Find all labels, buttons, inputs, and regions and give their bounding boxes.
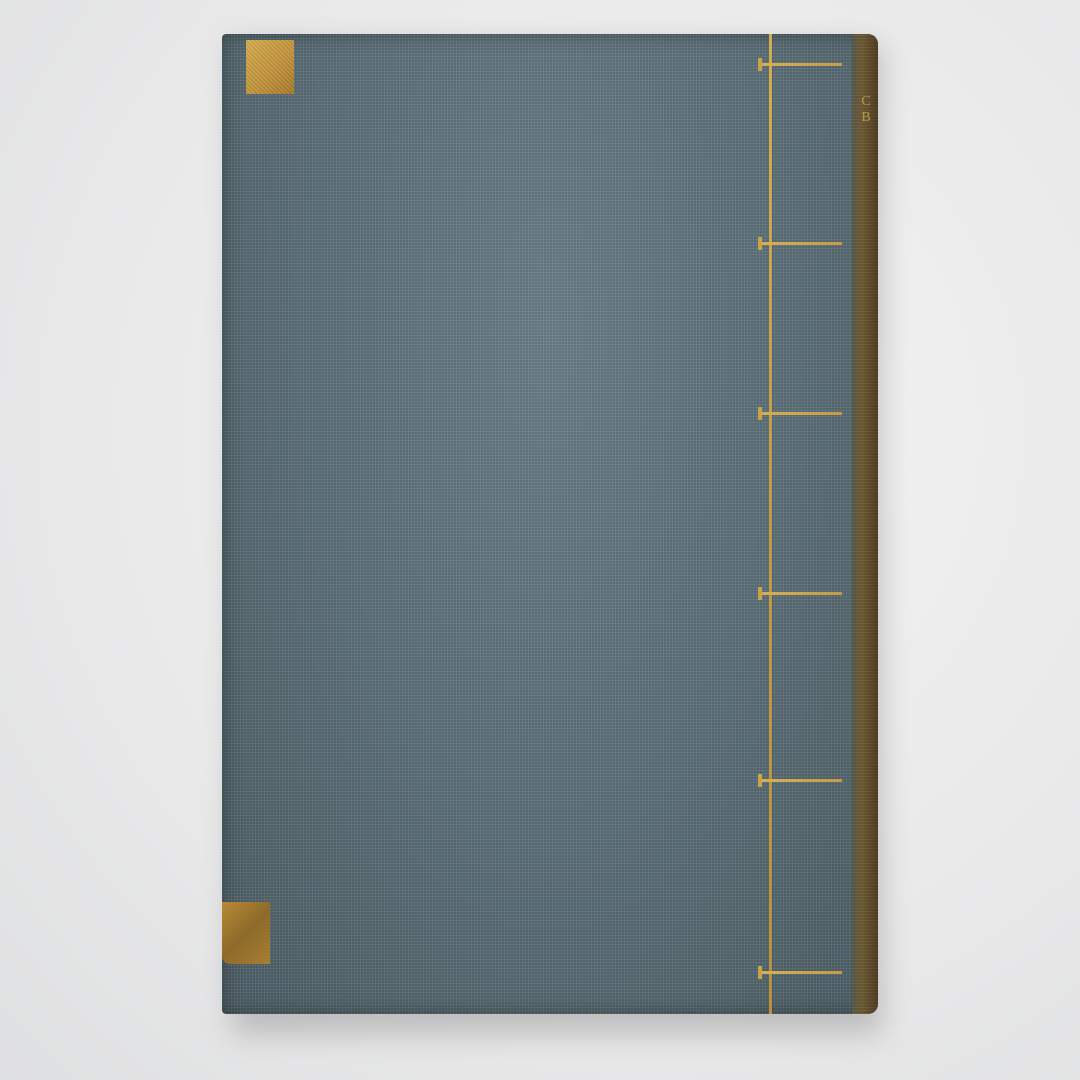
gilt-tick-4 <box>760 592 842 595</box>
gilt-tick-1 <box>760 63 842 66</box>
gilt-corner-bottom-left <box>222 902 270 964</box>
gilt-tick-2 <box>760 242 842 245</box>
book-back-cover: C B <box>222 34 878 1014</box>
gilt-vertical-rule <box>769 34 772 1014</box>
spine-lettering: C B <box>858 94 874 126</box>
gilt-corner-top-left <box>246 40 294 94</box>
book-spine-edge: C B <box>852 34 878 1014</box>
gilt-tick-5 <box>760 779 842 782</box>
gilt-tick-3 <box>760 412 842 415</box>
spine-letter: B <box>858 110 874 126</box>
spine-letter: C <box>858 94 874 110</box>
gilt-tick-6 <box>760 971 842 974</box>
